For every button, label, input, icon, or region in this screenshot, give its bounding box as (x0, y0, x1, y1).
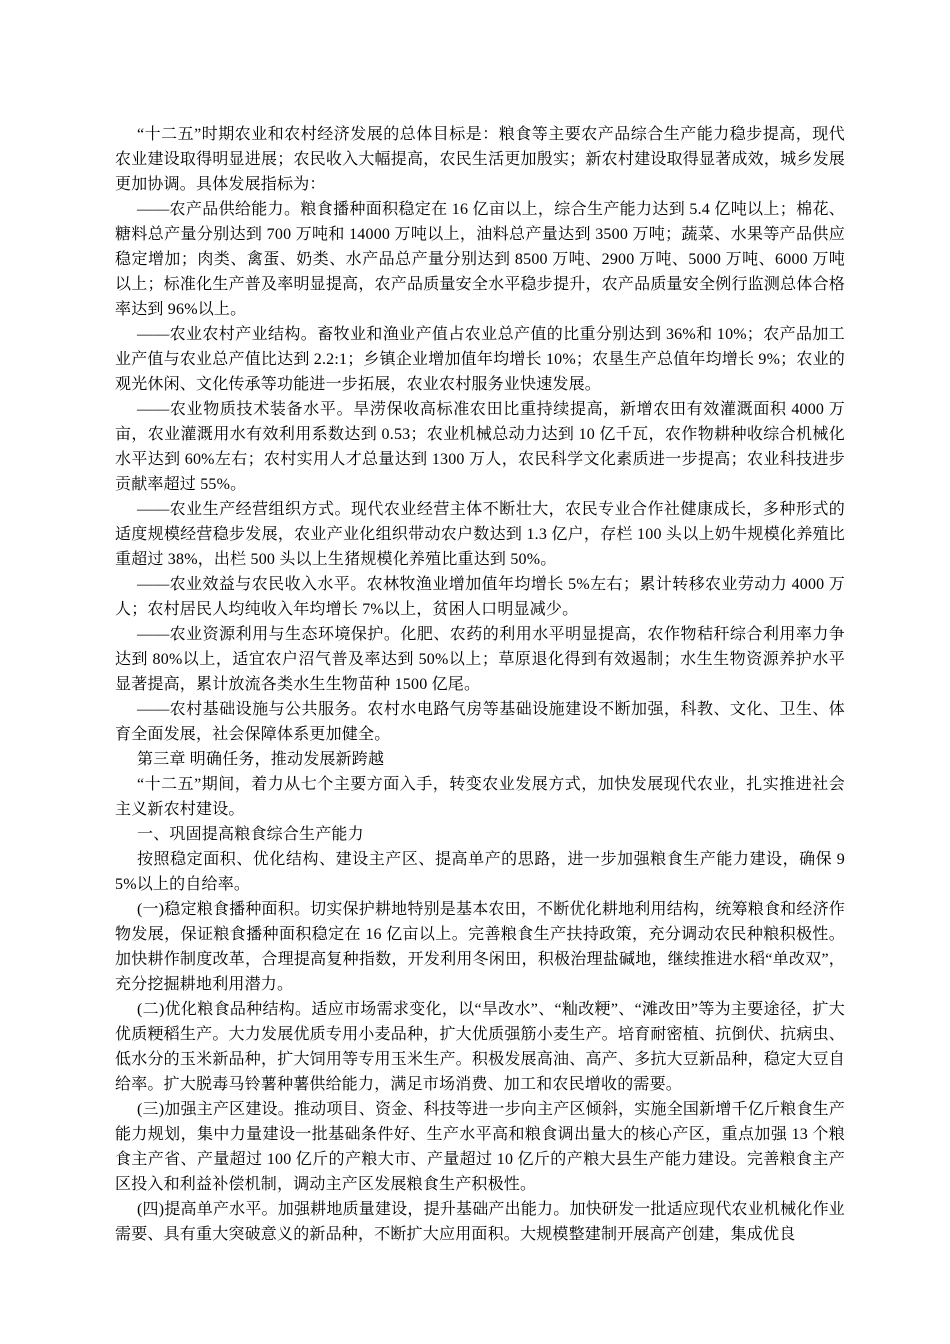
paragraph-overall-goals: “十二五”时期农业和农村经济发展的总体目标是：粮食等主要农产品综合生产能力稳步提… (115, 122, 845, 197)
paragraph-resources-environment: ——农业资源利用与生态环境保护。化肥、农药的利用水平明显提高，农作物秸秆综合利用… (115, 622, 845, 697)
document-page: “十二五”时期农业和农村经济发展的总体目标是：粮食等主要农产品综合生产能力稳步提… (0, 0, 950, 1344)
paragraph-industry-structure: ——农业农村产业结构。畜牧业和渔业产值占农业总产值的比重分别达到 36%和 10… (115, 322, 845, 397)
paragraph-item-4-yield-level: (四)提高单产水平。加强耕地质量建设，提升基础产出能力。加快研发一批适应现代农业… (115, 1197, 845, 1247)
section-heading-grain-capacity: 一、巩固提高粮食综合生产能力 (115, 822, 845, 847)
paragraph-operation-organization: ——农业生产经营组织方式。现代农业经营主体不断壮大，农民专业合作社健康成长，多种… (115, 497, 845, 572)
paragraph-item-1-sown-area: (一)稳定粮食播种面积。切实保护耕地特别是基本农田，不断优化耕地利用结构，统筹粮… (115, 897, 845, 997)
paragraph-rural-infrastructure: ——农村基础设施与公共服务。农村水电路气房等基础设施建设不断加强，科教、文化、卫… (115, 697, 845, 747)
paragraph-chapter-intro: “十二五”期间，着力从七个主要方面入手，转变农业发展方式，加快发展现代农业，扎实… (115, 772, 845, 822)
chapter-heading: 第三章 明确任务，推动发展新跨越 (115, 747, 845, 772)
paragraph-supply-capacity: ——农产品供给能力。粮食播种面积稳定在 16 亿亩以上，综合生产能力达到 5.4… (115, 197, 845, 322)
paragraph-income-level: ——农业效益与农民收入水平。农林牧渔业增加值年均增长 5%左右；累计转移农业劳动… (115, 572, 845, 622)
paragraph-section-lead: 按照稳定面积、优化结构、建设主产区、提高单产的思路，进一步加强粮食生产能力建设，… (115, 847, 845, 897)
paragraph-item-3-main-production-areas: (三)加强主产区建设。推动项目、资金、科技等进一步向主产区倾斜，实施全国新增千亿… (115, 1097, 845, 1197)
paragraph-technical-equipment: ——农业物质技术装备水平。旱涝保收高标准农田比重持续提高，新增农田有效灌溉面积 … (115, 397, 845, 497)
paragraph-item-2-variety-structure: (二)优化粮食品种结构。适应市场需求变化，以“旱改水”、“籼改粳”、“滩改田”等… (115, 997, 845, 1097)
